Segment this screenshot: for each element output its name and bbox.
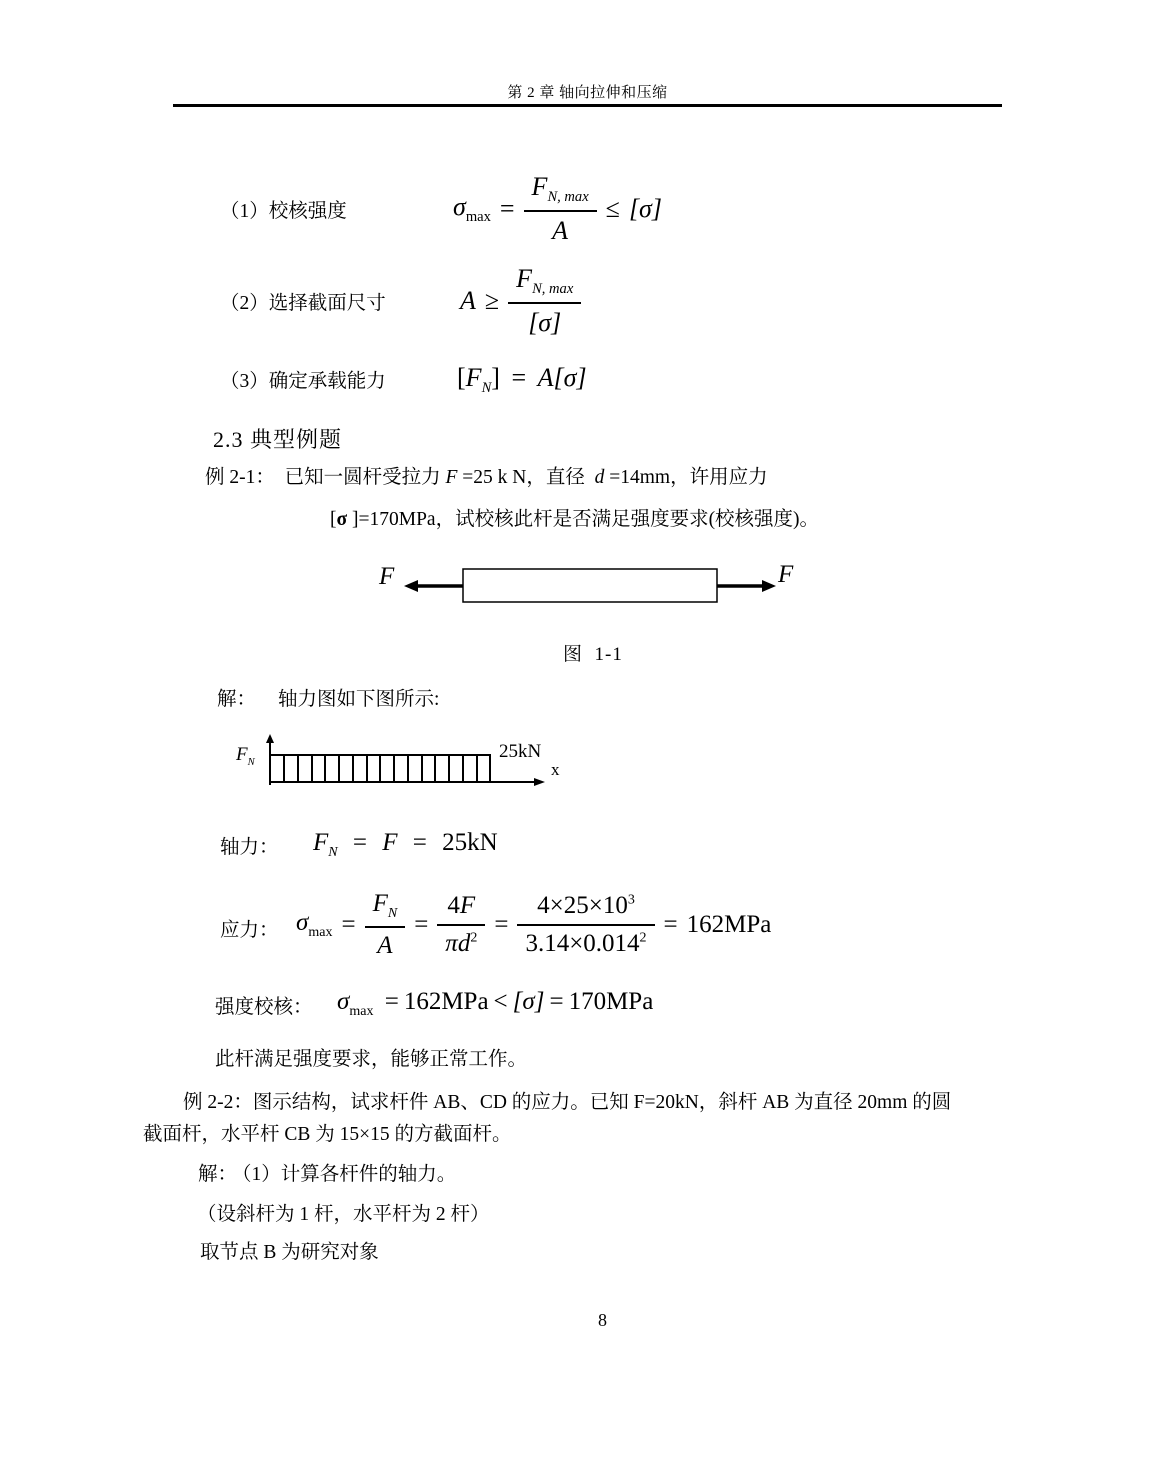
intro2-text: ]=170MPa，试校核此杆是否满足强度要求(校核强度)。 — [347, 509, 819, 530]
rule2-formula: A ≥ FN, max [σ] — [460, 262, 581, 340]
sigma-subscript: max — [349, 1004, 373, 1019]
fraction-denominator: 3.14×0.0142 — [517, 926, 654, 958]
equals-sign: = — [353, 829, 367, 856]
example1-intro: 例 2-1： 已知一圆杆受拉力 F =25 k N，直径 d =14mm，许用应… — [205, 465, 768, 490]
hatch-pattern — [284, 755, 477, 782]
force-subscript: N — [388, 906, 397, 921]
fraction-numerator: FN — [365, 890, 406, 928]
example1-intro-line2: [σ ]=170MPa，试校核此杆是否满足强度要求(校核强度)。 — [330, 507, 819, 532]
fraction-numerator: 4F — [437, 892, 485, 926]
header-rule — [173, 104, 1002, 107]
exponent: 2 — [640, 931, 647, 946]
sigma-symbol: σ — [453, 192, 466, 221]
page-number: 8 — [598, 1310, 607, 1331]
allowable-value: 170MPa — [569, 988, 654, 1015]
sigma-symbol: σ — [296, 909, 308, 936]
solution-label: 解： — [217, 687, 256, 712]
fraction-1: FN A — [365, 890, 406, 960]
assumption-note: （设斜杆为 1 杆，水平杆为 2 杆） — [197, 1202, 490, 1227]
exponent: 2 — [470, 931, 477, 946]
numeric-expression: 4×25×10 — [537, 892, 628, 919]
x-axis-label: x — [551, 760, 560, 780]
fn-axis-label: FN — [236, 744, 255, 768]
diameter-var: d — [595, 467, 605, 488]
geq-sign: ≥ — [485, 286, 499, 316]
equals-sign: = — [494, 911, 508, 939]
up-arrowhead-icon — [266, 734, 274, 743]
sigma-max-term: σmax — [453, 192, 491, 226]
force-symbol: F — [313, 829, 328, 856]
exponent: 3 — [628, 893, 635, 908]
equals-sign: = — [549, 988, 563, 1015]
leq-sign: ≤ — [606, 194, 620, 224]
fraction-denominator: πd2 — [437, 926, 485, 958]
equals-sign: = — [414, 911, 428, 939]
right-arrowhead-icon — [534, 778, 545, 786]
force-symbol: F — [460, 892, 475, 919]
allowable-stress: [σ] — [513, 988, 545, 1015]
force-symbol: F — [466, 363, 482, 392]
sigma-subscript: max — [466, 209, 491, 225]
rule3-label: （3）确定承载能力 — [220, 369, 386, 394]
stress-label: 应力： — [220, 918, 279, 943]
area-symbol: A — [460, 286, 476, 316]
applied-force: F — [382, 829, 397, 856]
equals-sign: = — [500, 194, 515, 224]
equals-sign: = — [341, 911, 355, 939]
allowable-stress: [σ] — [528, 308, 561, 337]
force-subscript: N — [482, 380, 492, 396]
step1-text: （1）计算各杆件的轴力。 — [232, 1162, 456, 1187]
allowable-stress: [σ] — [629, 194, 662, 224]
force-subscript: N — [248, 757, 255, 768]
right-bracket: ] — [491, 363, 500, 392]
area-symbol: A — [538, 363, 554, 392]
force-symbol: F — [532, 172, 548, 201]
fraction: FN, max A — [524, 172, 597, 246]
intro-text-1: 例 2-1： 已知一圆杆受拉力 — [205, 467, 446, 488]
strength-check-formula: σmax =162MPa<[σ]=170MPa — [337, 988, 653, 1020]
sigma-max-term: σmax — [296, 909, 332, 941]
fraction-numerator: FN, max — [524, 172, 597, 212]
force-value-label: 25kN — [499, 741, 541, 763]
pi-d-term: πd — [445, 930, 470, 957]
force-var: F — [446, 467, 458, 488]
document-page: 第 2 章 轴向拉伸和压缩 （1）校核强度 σmax = FN, max A ≤… — [0, 0, 1175, 1462]
allowable-stress: [σ] — [554, 363, 587, 392]
fraction-3: 4×25×103 3.14×0.0142 — [517, 892, 654, 958]
force-value: 25kN — [442, 829, 498, 856]
chapter-header: 第 2 章 轴向拉伸和压缩 — [0, 81, 1175, 102]
rod-figure-svg — [402, 560, 782, 608]
intro-text-3: =14mm，许用应力 — [604, 467, 767, 488]
fraction-numerator: 4×25×103 — [517, 892, 654, 926]
sigma-subscript: max — [308, 925, 332, 940]
coefficient: 4 — [447, 892, 460, 919]
less-than-sign: < — [494, 988, 508, 1015]
force-subscript: N — [328, 845, 337, 860]
rod-body — [463, 569, 717, 602]
rule1-label: （1）校核强度 — [220, 199, 347, 224]
area-symbol: A — [377, 932, 392, 959]
equals-sign: = — [385, 988, 399, 1015]
rule1-formula: σmax = FN, max A ≤ [σ] — [453, 168, 662, 250]
example2-line2: 截面杆，水平杆 CB 为 15×15 的方截面杆。 — [143, 1122, 512, 1147]
left-bracket: [ — [457, 363, 466, 392]
figure-caption: 图 1-1 — [563, 639, 623, 666]
stress-result: 162MPa — [687, 911, 772, 939]
stress-formula: σmax = FN A = 4F πd2 = 4×25×103 3.14×0.0… — [296, 883, 771, 967]
solution-text: 轴力图如下图所示: — [278, 687, 439, 712]
fraction-numerator: FN, max — [508, 264, 581, 304]
example2-line1: 例 2-2：图示结构，试求杆件 AB、CD 的应力。已知 F=20kN，斜杆 A… — [183, 1090, 951, 1115]
axial-force-formula: FN = F = 25kN — [313, 829, 498, 861]
rule3-formula: [FN] = A[σ] — [457, 363, 587, 397]
force-subscript: N, max — [547, 189, 588, 205]
force-symbol: F — [516, 264, 532, 293]
sigma-symbol: σ — [337, 509, 348, 530]
sigma-symbol: σ — [337, 988, 349, 1015]
equals-sign: = — [511, 363, 526, 392]
area-symbol: A — [552, 216, 568, 245]
fraction-denominator: A — [365, 928, 406, 960]
force-symbol: F — [236, 744, 248, 765]
fraction-2: 4F πd2 — [437, 892, 485, 958]
computed-stress: 162MPa — [404, 988, 489, 1015]
force-symbol: F — [373, 890, 388, 917]
conclusion-text: 此杆满足强度要求，能够正常工作。 — [215, 1047, 527, 1072]
axial-force-label: 轴力： — [220, 835, 279, 860]
equals-sign: = — [664, 911, 678, 939]
fraction-denominator: [σ] — [508, 304, 581, 338]
section-heading: 2.3 典型例题 — [213, 423, 342, 454]
equals-sign: = — [413, 829, 427, 856]
strength-check-label: 强度校核： — [215, 995, 313, 1020]
numeric-expression: 3.14×0.014 — [525, 930, 639, 957]
right-force-label: F — [778, 561, 793, 589]
fraction: FN, max [σ] — [508, 264, 581, 338]
force-subscript: N, max — [532, 281, 573, 297]
rule2-label: （2）选择截面尺寸 — [220, 291, 386, 316]
intro-text-2: =25 k N，直径 — [457, 467, 594, 488]
fraction-denominator: A — [524, 212, 597, 246]
right-arrowhead-icon — [762, 580, 776, 592]
step2-text: 取节点 B 为研究对象 — [200, 1240, 379, 1265]
left-force-label: F — [379, 563, 394, 591]
